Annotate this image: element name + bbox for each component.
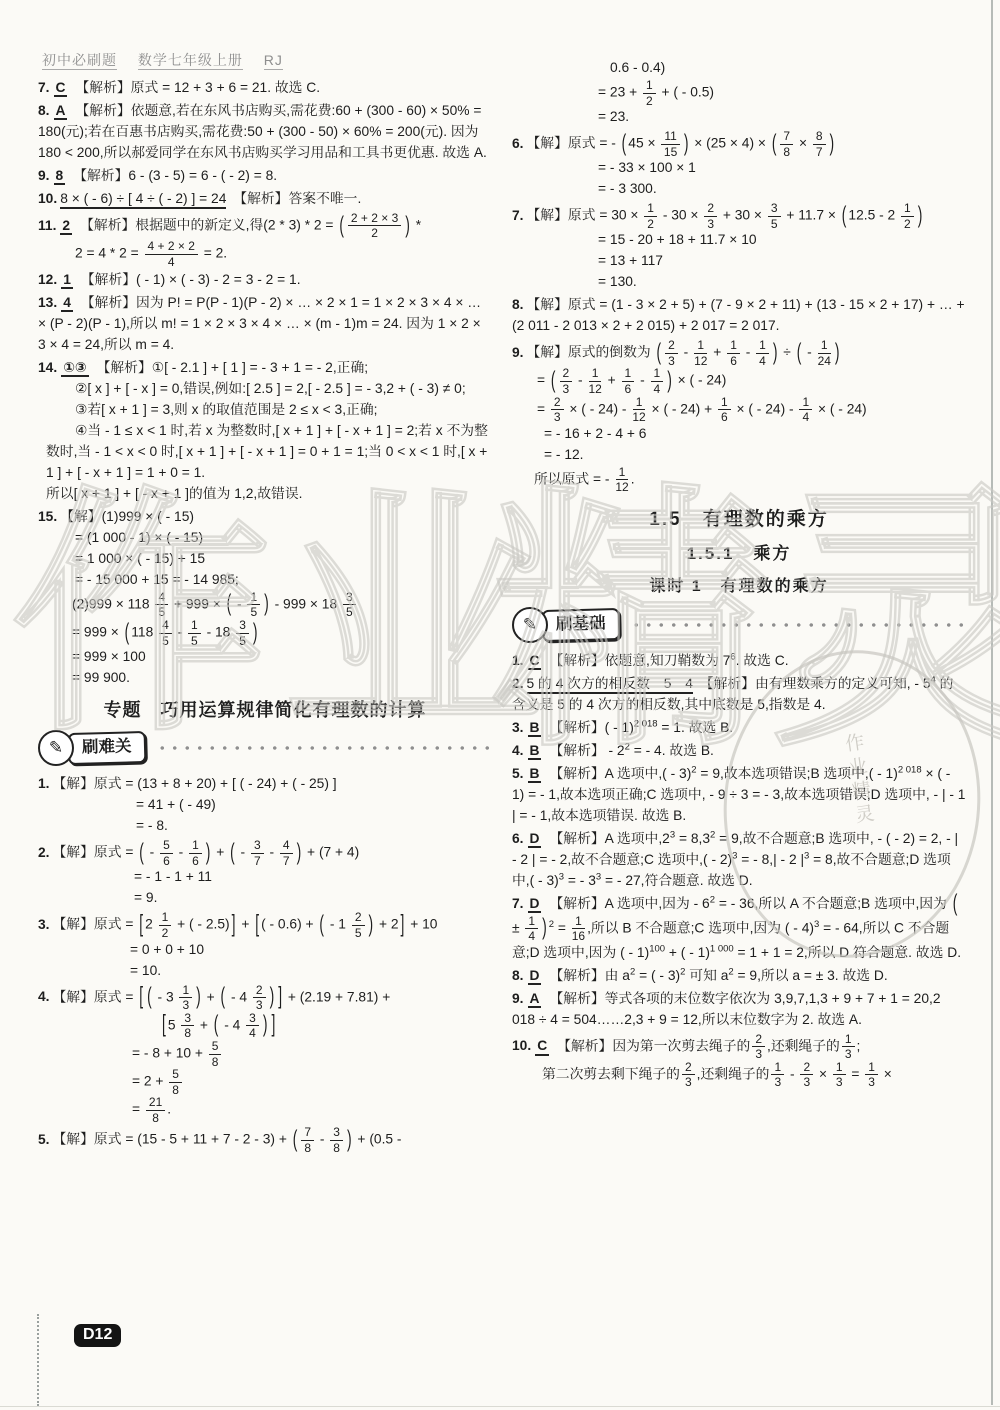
item-number: 13. [38, 295, 57, 310]
solution-line: = - 12. [544, 445, 966, 466]
workbook-page: 初中必刷题 数学七年级上册 RJ 7.C【解析】原式 = 12 + 3 + 6 … [0, 0, 1000, 1410]
solution-line: = (1 000 - 1) × ( - 15) [75, 528, 492, 549]
item-answer: ①③ [61, 360, 88, 377]
solution-item: 4.B【解析】 - 22 = - 4. 故选 B. [512, 741, 966, 762]
item-answer: D [528, 968, 542, 985]
solution-item: 11.2【解析】根据题中的新定义,得(2 * 3) * 2 = (2 + 2 ×… [38, 212, 492, 268]
solution-line: 9.【解】原式的倒数为 (23 - 112 + 16 - 14) ÷ ( - 1… [512, 339, 966, 367]
solution-line: 3.B【解析】( - 1)2 018 = 1. 故选 B. [512, 718, 966, 739]
solution-item: 5.B【解析】A 选项中,( - 3)2 = 9,故本选项错误;B 选项中,( … [512, 764, 966, 827]
section-heading-1-5: 1.5 有理数的乘方 [512, 506, 966, 535]
item-number: 14. [38, 360, 57, 375]
pen-icon: ✎ [512, 607, 548, 643]
solution-line: 6.【解】原式 = - (45 × 1115) × (25 × 4) × (78… [512, 130, 966, 158]
solution-item: 7.C【解析】原式 = 12 + 3 + 6 = 21. 故选 C. [38, 78, 492, 99]
solution-line: 10.C【解析】因为第一次剪去绳子的23,还剩绳子的13; [512, 1033, 966, 1061]
binding-dotted-edge [37, 1314, 39, 1406]
item-answer: C [528, 653, 542, 670]
solution-item: 15.【解】(1)999 × ( - 15)= (1 000 - 1) × ( … [38, 507, 492, 689]
solution-line: = 9. [134, 888, 492, 909]
left-items: 7.C【解析】原式 = 12 + 3 + 6 = 21. 故选 C.8.A【解析… [38, 78, 492, 689]
item-number: 9. [38, 168, 50, 183]
solution-line: 13.4【解析】因为 P! = P(P - 1)(P - 2) × … × 2 … [38, 293, 492, 356]
item-number: 6. [512, 831, 524, 846]
solution-item: 2.5 的 4 次方的相反数 5 4 【解析】由有理数乘方的定义可知, - 54… [512, 674, 966, 716]
solution-line: = 0 + 0 + 10 [130, 940, 492, 961]
solution-line: = - 15 000 + 15 = - 14 985; [75, 570, 492, 591]
solution-line: 5.B【解析】A 选项中,( - 3)2 = 9,故本选项错误;B 选项中,( … [512, 764, 966, 827]
solution-item: 10.C【解析】因为第一次剪去绳子的23,还剩绳子的13;第二次剪去剩下绳子的2… [512, 1033, 966, 1089]
solution-line: = 23 + 12 + ( - 0.5) [598, 79, 966, 107]
left-column: 7.C【解析】原式 = 12 + 3 + 6 = 21. 故选 C.8.A【解析… [38, 78, 492, 1157]
solution-line: 11.2【解析】根据题中的新定义,得(2 * 3) * 2 = (2 + 2 ×… [38, 212, 492, 240]
solution-item: 6.【解】原式 = - (45 × 1115) × (25 × 4) × (78… [512, 130, 966, 200]
solution-line: = 23 × ( - 24) - 112 × ( - 24) + 16 × ( … [537, 396, 966, 424]
solution-line: = 99 900. [72, 668, 492, 689]
solution-line: = 41 + ( - 49) [136, 795, 492, 816]
solution-item: 1.C【解析】依题意,知刀鞘数为 76. 故选 C. [512, 651, 966, 672]
solution-item: 9.【解】原式的倒数为 (23 - 112 + 16 - 14) ÷ ( - 1… [512, 339, 966, 494]
solution-line: 2 = 4 * 2 = 4 + 2 × 24 = 2. [75, 240, 492, 268]
solution-line: = 1 000 × ( - 15) + 15 [75, 549, 492, 570]
basic-items: 1.C【解析】依题意,知刀鞘数为 76. 故选 C.2.5 的 4 次方的相反数… [512, 651, 966, 1089]
item-number: 3. [38, 917, 50, 932]
topic-section-title: 专题 巧用运算规律简化有理数的计算 [38, 697, 492, 724]
solution-item: 4.【解】原式 = [( - 3 13) + ( - 4 23)] + (2.1… [38, 984, 492, 1125]
solution-line: 2.5 的 4 次方的相反数 5 4 【解析】由有理数乘方的定义可知, - 54… [512, 674, 966, 716]
section-heading-1-5-1: 1.5.1 乘方 [512, 541, 966, 567]
solution-line: 7.D【解析】A 选项中,因为 - 62 = - 36,所以 A 不合题意;B … [512, 894, 966, 964]
solution-line: 所以原式 = - 112. [534, 466, 966, 494]
solution-line: 所以[ x + 1 ] + [ - x + 1 ]的值为 1,2,故错误. [46, 484, 492, 505]
item-number: 8. [38, 103, 50, 118]
lesson-heading: 课时 1 有理数的乘方 [512, 575, 966, 599]
item-number: 9. [512, 991, 524, 1006]
solution-item: 9.A【解析】等式各项的末位数字依次为 3,9,7,1,3 + 9 + 7 + … [512, 989, 966, 1031]
solution-line: = (23 - 112 + 16 - 14) × ( - 24) [537, 367, 966, 395]
solution-line: 1.【解】原式 = (13 + 8 + 20) + [ ( - 24) + ( … [38, 774, 492, 795]
item-number: 6. [512, 136, 524, 151]
solution-line: = 13 + 117 [598, 251, 966, 272]
solution-item: 8.【解】原式 = (1 - 3 × 2 + 5) + (7 - 9 × 2 +… [512, 295, 966, 337]
solution-item: 2.【解】原式 = ( - 56 - 16) + ( - 37 - 47) + … [38, 839, 492, 909]
solution-line: = 999 × (118 45 - 15 - 18 35) [72, 619, 492, 647]
solution-line: 5.【解】原式 = (15 - 5 + 11 + 7 - 2 - 3) + (7… [38, 1126, 492, 1154]
solution-item: 7.D【解析】A 选项中,因为 - 62 = - 36,所以 A 不合题意;B … [512, 894, 966, 964]
hard-items: 1.【解】原式 = (13 + 8 + 20) + [ ( - 24) + ( … [38, 774, 492, 1154]
solution-line: = 999 × 100 [72, 647, 492, 668]
solution-line: 第二次剪去剩下绳子的23,还剩绳子的13 - 23 × 13 = 13 × [542, 1061, 966, 1089]
solution-line: 9.A【解析】等式各项的末位数字依次为 3,9,7,1,3 + 9 + 7 + … [512, 989, 966, 1031]
item-number: 10. [512, 1038, 531, 1053]
solution-item: 0.6 - 0.4)= 23 + 12 + ( - 0.5)= 23. [512, 58, 966, 128]
item-number: 2. [38, 845, 50, 860]
solution-line: 8.【解】原式 = (1 - 3 × 2 + 5) + (7 - 9 × 2 +… [512, 295, 966, 337]
item-number: 7. [512, 208, 524, 223]
dotted-leader [630, 620, 967, 630]
solution-line: 7.C【解析】原式 = 12 + 3 + 6 = 21. 故选 C. [38, 78, 492, 99]
item-answer: C [535, 1038, 549, 1055]
book-title: 初中必刷题 [42, 52, 117, 70]
solution-line: 15.【解】(1)999 × ( - 15) [38, 507, 492, 528]
solution-line: = 23. [598, 107, 966, 128]
item-number: 3. [512, 720, 524, 735]
item-answer: D [528, 896, 542, 913]
solution-line: 2.【解】原式 = ( - 56 - 16) + ( - 37 - 47) + … [38, 839, 492, 867]
item-number: 1. [38, 776, 50, 791]
drill-hard-badge: 刷难关 [68, 731, 146, 765]
page-right-edge [991, 0, 993, 1405]
solution-line: = 218. [132, 1096, 492, 1124]
solution-line: = - 8. [136, 816, 492, 837]
item-number: 2. [512, 676, 524, 691]
solution-item: 6.D【解析】A 选项中,23 = 8,32 = 9,故不合题意;B 选项中, … [512, 829, 966, 892]
solution-line: = 15 - 20 + 18 + 11.7 × 10 [598, 230, 966, 251]
solution-line: ②[ x ] + [ - x ] = 0,错误,例如:[ 2.5 ] = 2,[… [46, 379, 492, 400]
solution-line: 1.C【解析】依题意,知刀鞘数为 76. 故选 C. [512, 651, 966, 672]
solution-line: 9.8【解析】6 - (3 - 5) = 6 - ( - 2) = 8. [38, 166, 492, 187]
solution-line: = 10. [130, 961, 492, 982]
solution-line: [5 38 + ( - 4 34)] [160, 1012, 492, 1040]
solution-item: 3.B【解析】( - 1)2 018 = 1. 故选 B. [512, 718, 966, 739]
book-subject: 数学七年级上册 [138, 52, 243, 70]
solution-line: 7.【解】原式 = 30 × 12 - 30 × 23 + 30 × 35 + … [512, 202, 966, 230]
item-number: 5. [512, 766, 524, 781]
item-answer: D [528, 831, 542, 848]
item-number: 15. [38, 509, 57, 524]
item-answer: 8 [54, 168, 66, 185]
item-answer: B [528, 720, 542, 737]
item-number: 5. [38, 1132, 50, 1147]
solution-item: 13.4【解析】因为 P! = P(P - 1)(P - 2) × … × 2 … [38, 293, 492, 356]
item-number: 7. [512, 896, 524, 911]
item-number: 9. [512, 345, 524, 360]
solution-item: 10.8 × ( - 6) ÷ [ 4 ÷ ( - 2) ] = 24 【解析】… [38, 189, 492, 210]
item-number: 12. [38, 272, 57, 287]
solution-line: = - 1 - 1 + 11 [134, 867, 492, 888]
solution-line: 12.1【解析】( - 1) × ( - 3) - 2 = 3 - 2 = 1. [38, 270, 492, 291]
book-header: 初中必刷题 数学七年级上册 RJ [42, 50, 299, 70]
solution-line: = 2 + 58 [132, 1068, 492, 1096]
page-number-badge: D12 [74, 1324, 121, 1347]
solution-line: 14.①③【解析】①[ - 2.1 ] + [ 1 ] = - 3 + 1 = … [38, 358, 492, 379]
solution-line: 10.8 × ( - 6) ÷ [ 4 ÷ ( - 2) ] = 24 【解析】… [38, 189, 492, 210]
solution-item: 9.8【解析】6 - (3 - 5) = 6 - ( - 2) = 8. [38, 166, 492, 187]
drill-basic-badge-row: ✎ 刷基础 [512, 607, 966, 643]
page-bottom-edge [0, 1406, 1000, 1407]
right-items: 0.6 - 0.4)= 23 + 12 + ( - 0.5)= 23.6.【解】… [512, 58, 966, 494]
solution-line: = - 16 + 2 - 4 + 6 [544, 424, 966, 445]
solution-line: (2)999 × 118 45 + 999 × ( - 15) - 999 × … [72, 591, 492, 619]
solution-item: 1.【解】原式 = (13 + 8 + 20) + [ ( - 24) + ( … [38, 774, 492, 837]
item-answer: B [528, 743, 542, 760]
solution-line: = - 8 + 10 + 58 [132, 1040, 492, 1068]
right-column: 0.6 - 0.4)= 23 + 12 + ( - 0.5)= 23.6.【解】… [512, 58, 966, 1091]
item-number: 4. [38, 989, 50, 1004]
solution-line: 4.B【解析】 - 22 = - 4. 故选 B. [512, 741, 966, 762]
item-number: 4. [512, 743, 524, 758]
item-answer: A [528, 991, 542, 1008]
solution-item: 14.①③【解析】①[ - 2.1 ] + [ 1 ] = - 3 + 1 = … [38, 358, 492, 505]
solution-line: 3.【解】原式 = [2 12 + ( - 2.5)] + [( - 0.6) … [38, 911, 492, 939]
dotted-leader [156, 743, 493, 753]
book-edition: RJ [264, 52, 283, 70]
drill-hard-badge-row: ✎ 刷难关 [38, 730, 492, 766]
solution-line: = - 33 × 100 × 1 [598, 158, 966, 179]
solution-line: = - 3 300. [598, 179, 966, 200]
solution-line: 8.A【解析】依题意,若在东风书店购买,需花费:60 + (300 - 60) … [38, 101, 492, 164]
solution-line: 6.D【解析】A 选项中,23 = 8,32 = 9,故不合题意;B 选项中, … [512, 829, 966, 892]
solution-line: 0.6 - 0.4) [610, 58, 966, 79]
solution-line: ④当 - 1 ≤ x < 1 时,若 x 为整数时,[ x + 1 ] + [ … [46, 421, 492, 484]
item-number: 1. [512, 653, 524, 668]
solution-item: 8.D【解析】由 a2 = ( - 3)2 可知 a2 = 9,所以 a = ±… [512, 966, 966, 987]
solution-item: 12.1【解析】( - 1) × ( - 3) - 2 = 3 - 2 = 1. [38, 270, 492, 291]
item-number: 7. [38, 80, 50, 95]
item-number: 10. [38, 191, 57, 206]
item-answer: 4 [61, 295, 73, 312]
item-number: 8. [512, 968, 524, 983]
item-number: 8. [512, 297, 524, 312]
item-answer: A [54, 103, 68, 120]
solution-item: 5.【解】原式 = (15 - 5 + 11 + 7 - 2 - 3) + (7… [38, 1126, 492, 1154]
solution-line: ③若[ x + 1 ] = 3,则 x 的取值范围是 2 ≤ x < 3,正确; [46, 400, 492, 421]
solution-item: 7.【解】原式 = 30 × 12 - 30 × 23 + 30 × 35 + … [512, 202, 966, 293]
item-answer: C [54, 80, 68, 97]
item-answer: 2 [60, 218, 72, 235]
solution-item: 3.【解】原式 = [2 12 + ( - 2.5)] + [( - 0.6) … [38, 911, 492, 981]
solution-line: = 130. [598, 272, 966, 293]
item-answer: 1 [61, 272, 73, 289]
drill-basic-badge: 刷基础 [542, 608, 620, 642]
solution-line: 8.D【解析】由 a2 = ( - 3)2 可知 a2 = 9,所以 a = ±… [512, 966, 966, 987]
solution-item: 8.A【解析】依题意,若在东风书店购买,需花费:60 + (300 - 60) … [38, 101, 492, 164]
item-answer: B [528, 766, 542, 783]
item-number: 11. [38, 218, 56, 233]
